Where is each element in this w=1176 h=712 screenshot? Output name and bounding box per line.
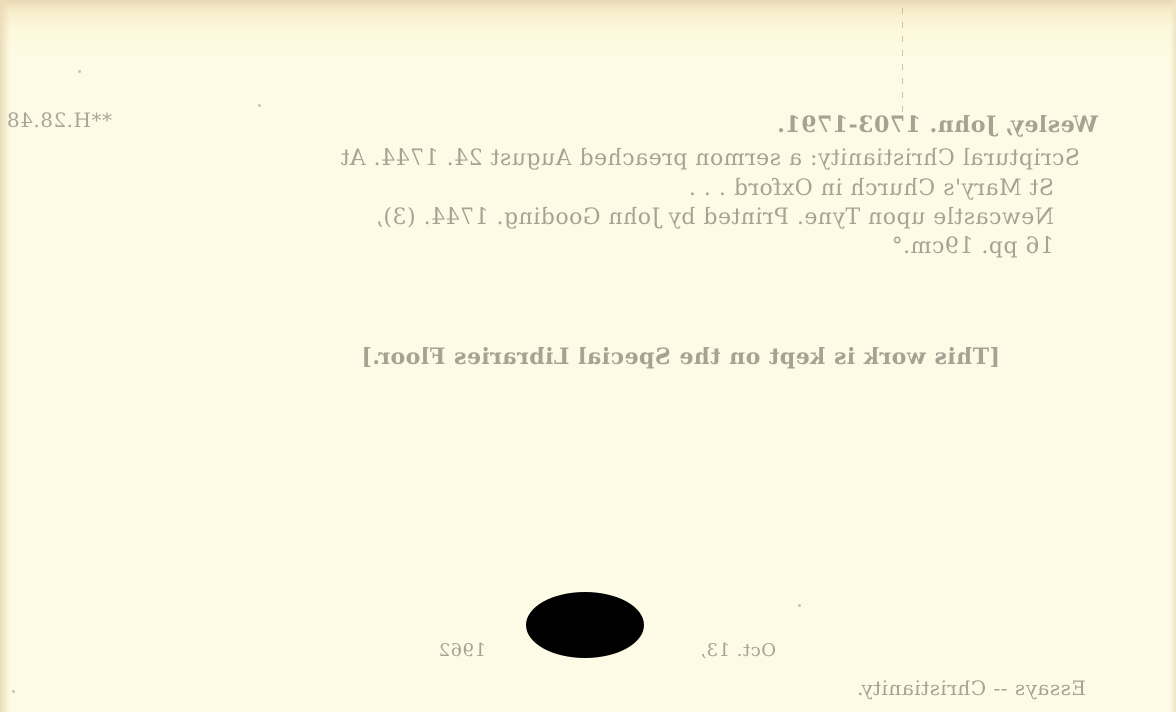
stamp-code: 1962 — [438, 640, 486, 661]
author-heading: Wesley, John. 1703-1791. — [777, 112, 1098, 138]
imprint-line-2: 16 pp. 19cm.° — [891, 234, 1054, 259]
imprint-line-1: Newcastle upon Tyne. Printed by John Goo… — [375, 205, 1054, 230]
subject-heading: Essays -- Christianity. — [857, 676, 1086, 700]
mirrored-card-content: **H.28.48 Wesley, John. 1703-1791. Scrip… — [0, 0, 1176, 712]
title-line-2: St Mary's Church in Oxford . . . — [688, 176, 1054, 201]
call-number: **H.28.48 — [6, 108, 112, 132]
catalog-card: **H.28.48 Wesley, John. 1703-1791. Scrip… — [0, 0, 1176, 712]
stamp-date: Oct. 13, — [700, 640, 776, 661]
location-note: [This work is kept on the Special Librar… — [361, 344, 1000, 370]
title-line-1: Scriptural Christianity: a sermon preach… — [340, 146, 1080, 171]
